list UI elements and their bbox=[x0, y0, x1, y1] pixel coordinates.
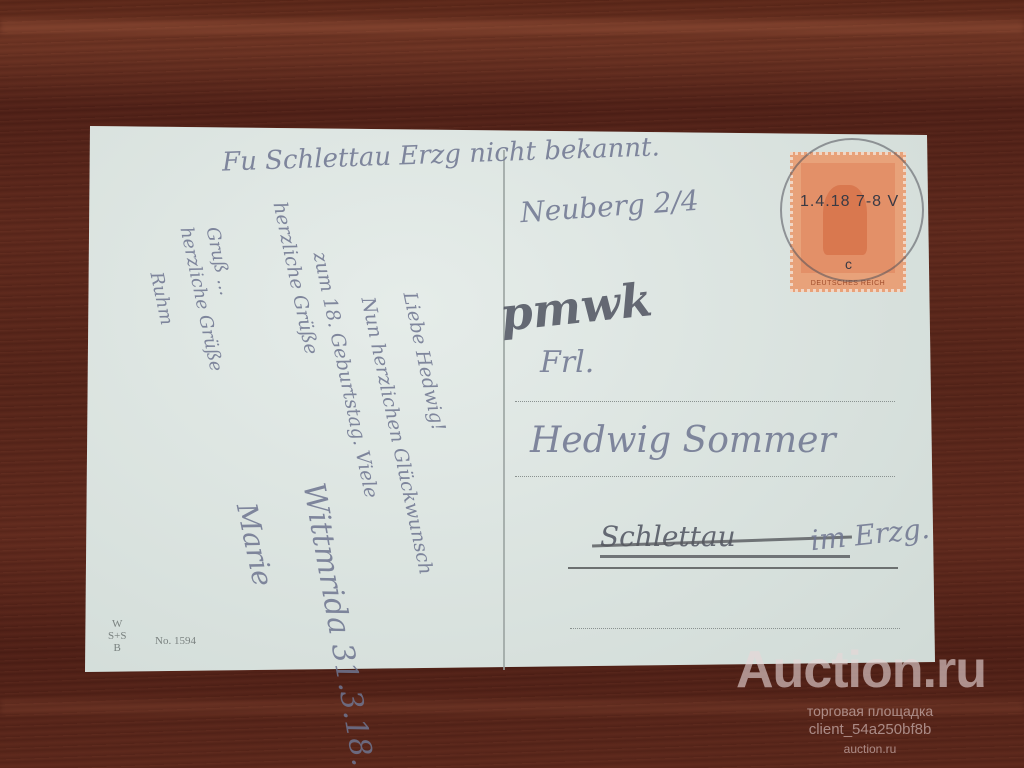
address-line bbox=[515, 476, 895, 477]
wood-streak bbox=[0, 20, 1024, 34]
address-line bbox=[570, 628, 900, 629]
address-city-struck: Schlettau bbox=[600, 520, 736, 553]
address-line bbox=[568, 567, 898, 569]
logo-bottom: B bbox=[108, 642, 126, 654]
address-line bbox=[515, 401, 895, 402]
postmark-date: 1.4.18 7-8 V bbox=[800, 193, 899, 211]
publisher-number: No. 1594 bbox=[155, 635, 196, 647]
address-name: Hedwig Sommer bbox=[530, 420, 836, 461]
watermark-domain: auction.ru bbox=[755, 742, 985, 756]
postcard-divider-line bbox=[503, 150, 505, 670]
postmark-letter: c bbox=[845, 256, 852, 272]
logo-mid: S+S bbox=[108, 630, 126, 642]
watermark-brand: Auction.ru bbox=[736, 640, 986, 700]
logo-top: W bbox=[108, 618, 126, 630]
watermark-tagline: торговая площадка bbox=[755, 703, 985, 719]
watermark-client: client_54a250bf8b bbox=[755, 721, 985, 738]
publisher-logo: W S+S B bbox=[108, 618, 126, 654]
address-salutation: Frl. bbox=[540, 345, 594, 380]
